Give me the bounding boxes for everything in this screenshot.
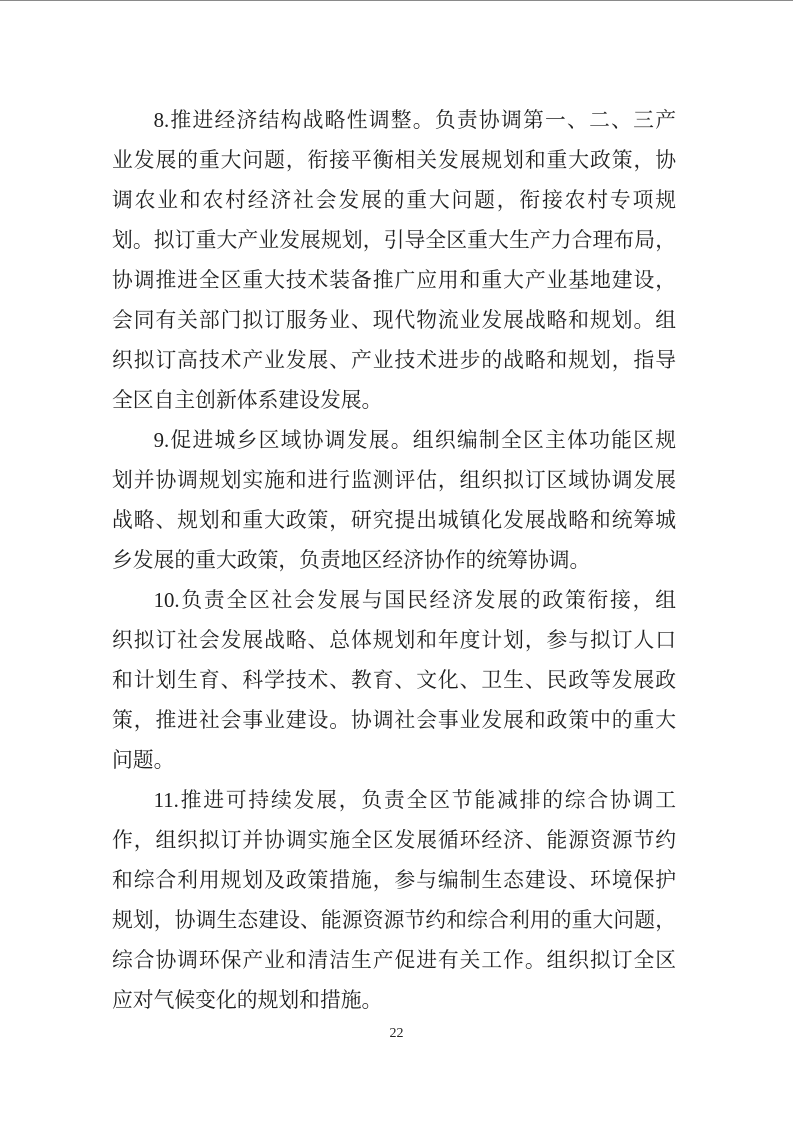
- text-line: 业发展的重大问题，衔接平衡相关发展规划和重大政策，协: [112, 141, 676, 181]
- paragraph-item-8: 8.推进经济结构战略性调整。负责协调第一、二、三产 业发展的重大问题，衔接平衡相…: [112, 101, 676, 421]
- text-line: 策，推进社会事业建设。协调社会事业发展和政策中的重大: [112, 701, 676, 741]
- page-number: 22: [0, 1024, 793, 1044]
- text-line: 协调推进全区重大技术装备推广应用和重大产业基地建设，: [112, 261, 676, 301]
- page-top-edge: [0, 0, 793, 1]
- text-line: 9.促进城乡区域协调发展。组织编制全区主体功能区规: [112, 421, 676, 461]
- text-line: 织拟订高技术产业发展、产业技术进步的战略和规划，指导: [112, 341, 676, 381]
- text-line: 11.推进可持续发展，负责全区节能减排的综合协调工: [112, 781, 676, 821]
- paragraph-item-11: 11.推进可持续发展，负责全区节能减排的综合协调工 作，组织拟订并协调实施全区发…: [112, 781, 676, 1021]
- text-line: 应对气候变化的规划和措施。: [112, 981, 676, 1021]
- text-block: 8.推进经济结构战略性调整。负责协调第一、二、三产 业发展的重大问题，衔接平衡相…: [112, 101, 676, 1021]
- text-line: 规划，协调生态建设、能源资源节约和综合利用的重大问题，: [112, 901, 676, 941]
- text-line: 8.推进经济结构战略性调整。负责协调第一、二、三产: [112, 101, 676, 141]
- text-line: 乡发展的重大政策，负责地区经济协作的统筹协调。: [112, 541, 676, 581]
- text-line: 全区自主创新体系建设发展。: [112, 381, 676, 421]
- text-line: 和计划生育、科学技术、教育、文化、卫生、民政等发展政: [112, 661, 676, 701]
- paragraph-item-10: 10.负责全区社会发展与国民经济发展的政策衔接，组 织拟订社会发展战略、总体规划…: [112, 581, 676, 781]
- paragraph-item-9: 9.促进城乡区域协调发展。组织编制全区主体功能区规 划并协调规划实施和进行监测评…: [112, 421, 676, 581]
- text-line: 问题。: [112, 741, 676, 781]
- text-line: 划并协调规划实施和进行监测评估，组织拟订区域协调发展: [112, 461, 676, 501]
- text-line: 战略、规划和重大政策，研究提出城镇化发展战略和统筹城: [112, 501, 676, 541]
- text-line: 会同有关部门拟订服务业、现代物流业发展战略和规划。组: [112, 301, 676, 341]
- text-line: 调农业和农村经济社会发展的重大问题，衔接农村专项规: [112, 181, 676, 221]
- text-line: 10.负责全区社会发展与国民经济发展的政策衔接，组: [112, 581, 676, 621]
- text-line: 作，组织拟订并协调实施全区发展循环经济、能源资源节约: [112, 821, 676, 861]
- text-line: 划。拟订重大产业发展规划，引导全区重大生产力合理布局，: [112, 221, 676, 261]
- text-line: 织拟订社会发展战略、总体规划和年度计划，参与拟订人口: [112, 621, 676, 661]
- text-line: 综合协调环保产业和清洁生产促进有关工作。组织拟订全区: [112, 941, 676, 981]
- document-page: 8.推进经济结构战略性调整。负责协调第一、二、三产 业发展的重大问题，衔接平衡相…: [0, 0, 793, 1122]
- text-line: 和综合利用规划及政策措施，参与编制生态建设、环境保护: [112, 861, 676, 901]
